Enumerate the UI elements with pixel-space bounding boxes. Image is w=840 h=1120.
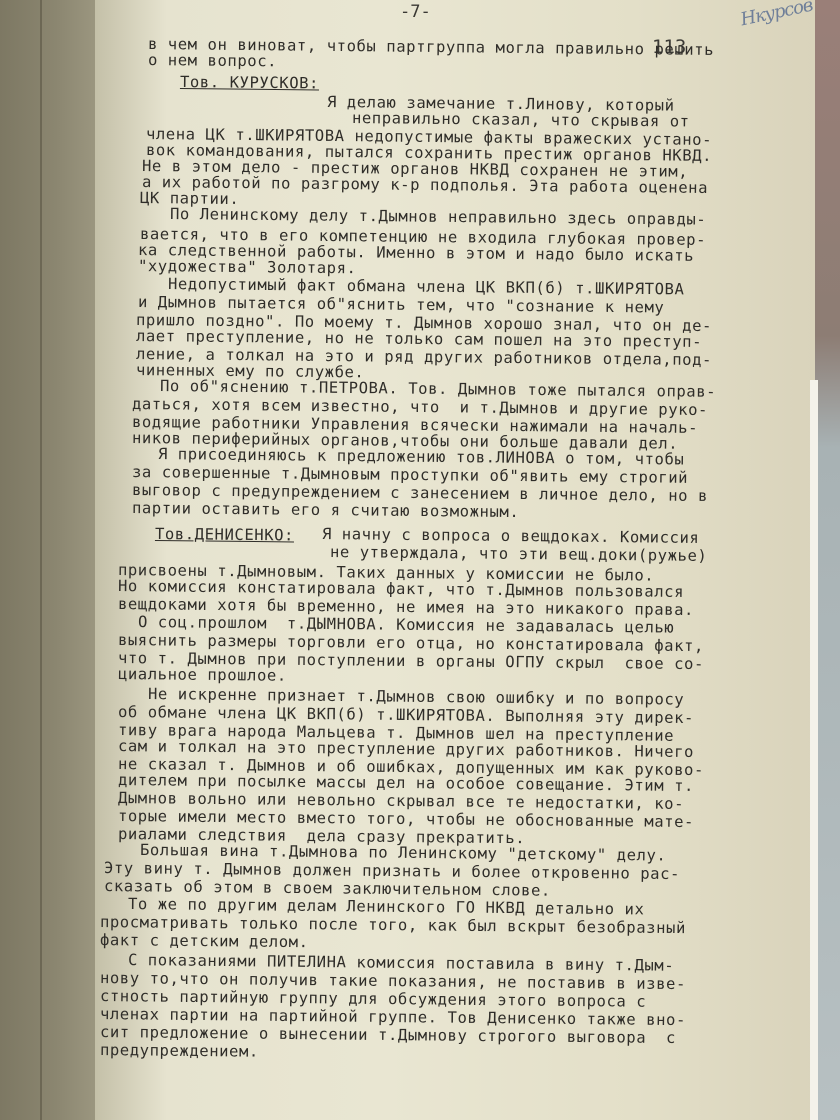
paper-edge — [810, 380, 818, 1120]
text-line: неправильно сказал, что скрывая от — [352, 110, 690, 130]
page-number: -7- — [400, 2, 431, 22]
speaker-name: Тов.ДЕНИСЕНКО: — [155, 526, 294, 543]
page-edge — [40, 0, 42, 1120]
text-line: о нем вопрос. — [148, 52, 277, 69]
text-line: предупреждением. — [100, 1042, 259, 1060]
text-line: партии оставить его я считаю возможным. — [132, 500, 519, 520]
text-line: циальное прошлое. — [118, 666, 287, 684]
text-line: не утверждала, что эти вещ.доки(ружье) — [330, 544, 708, 564]
text-line: факт с детским делом. — [100, 932, 309, 950]
text-line: "художества" Золотаря. — [138, 258, 357, 276]
speaker-name: Тов. КУРУСКОВ: — [180, 74, 319, 91]
